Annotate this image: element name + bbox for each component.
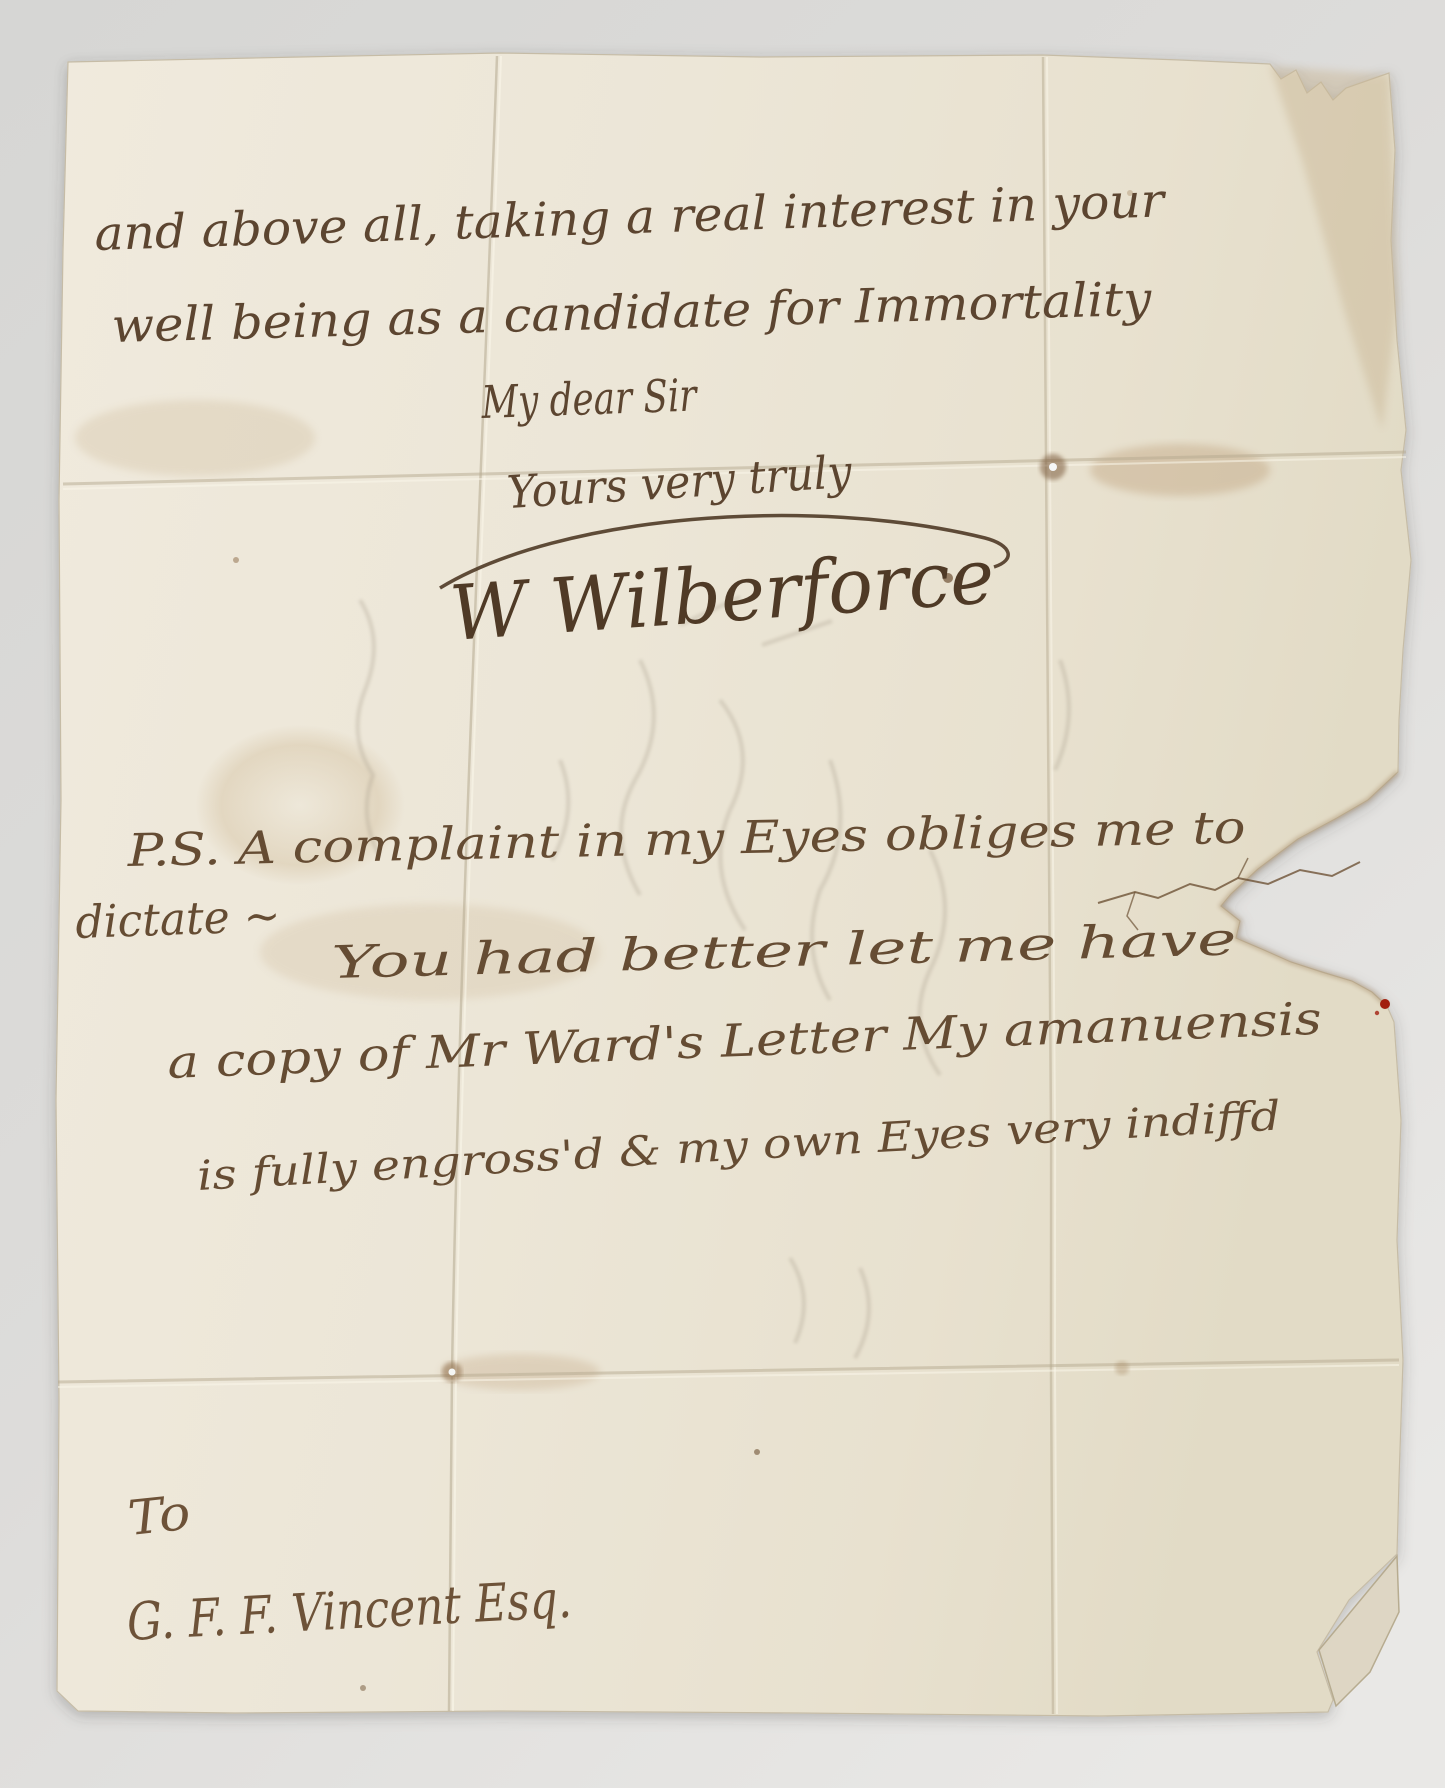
pinhole (449, 1369, 456, 1376)
address-to: To (125, 1485, 193, 1547)
salutation: My dear Sir (480, 368, 699, 429)
fold-stain-right (1090, 444, 1270, 496)
postscript-line-2a: dictate ~ (75, 889, 282, 949)
letter-photograph: and above all, taking a real interest in… (0, 0, 1445, 1788)
fly-speck (754, 1449, 760, 1455)
letter-photo-canvas: and above all, taking a real interest in… (0, 0, 1445, 1788)
pinhole (1049, 463, 1057, 471)
wax-seal-dot-small (1375, 1011, 1379, 1015)
fly-speck (233, 557, 239, 563)
fold-spot (1115, 1361, 1129, 1375)
fly-speck (360, 1685, 366, 1691)
wax-seal-dot (1380, 999, 1390, 1009)
left-fold-stain (75, 400, 315, 476)
